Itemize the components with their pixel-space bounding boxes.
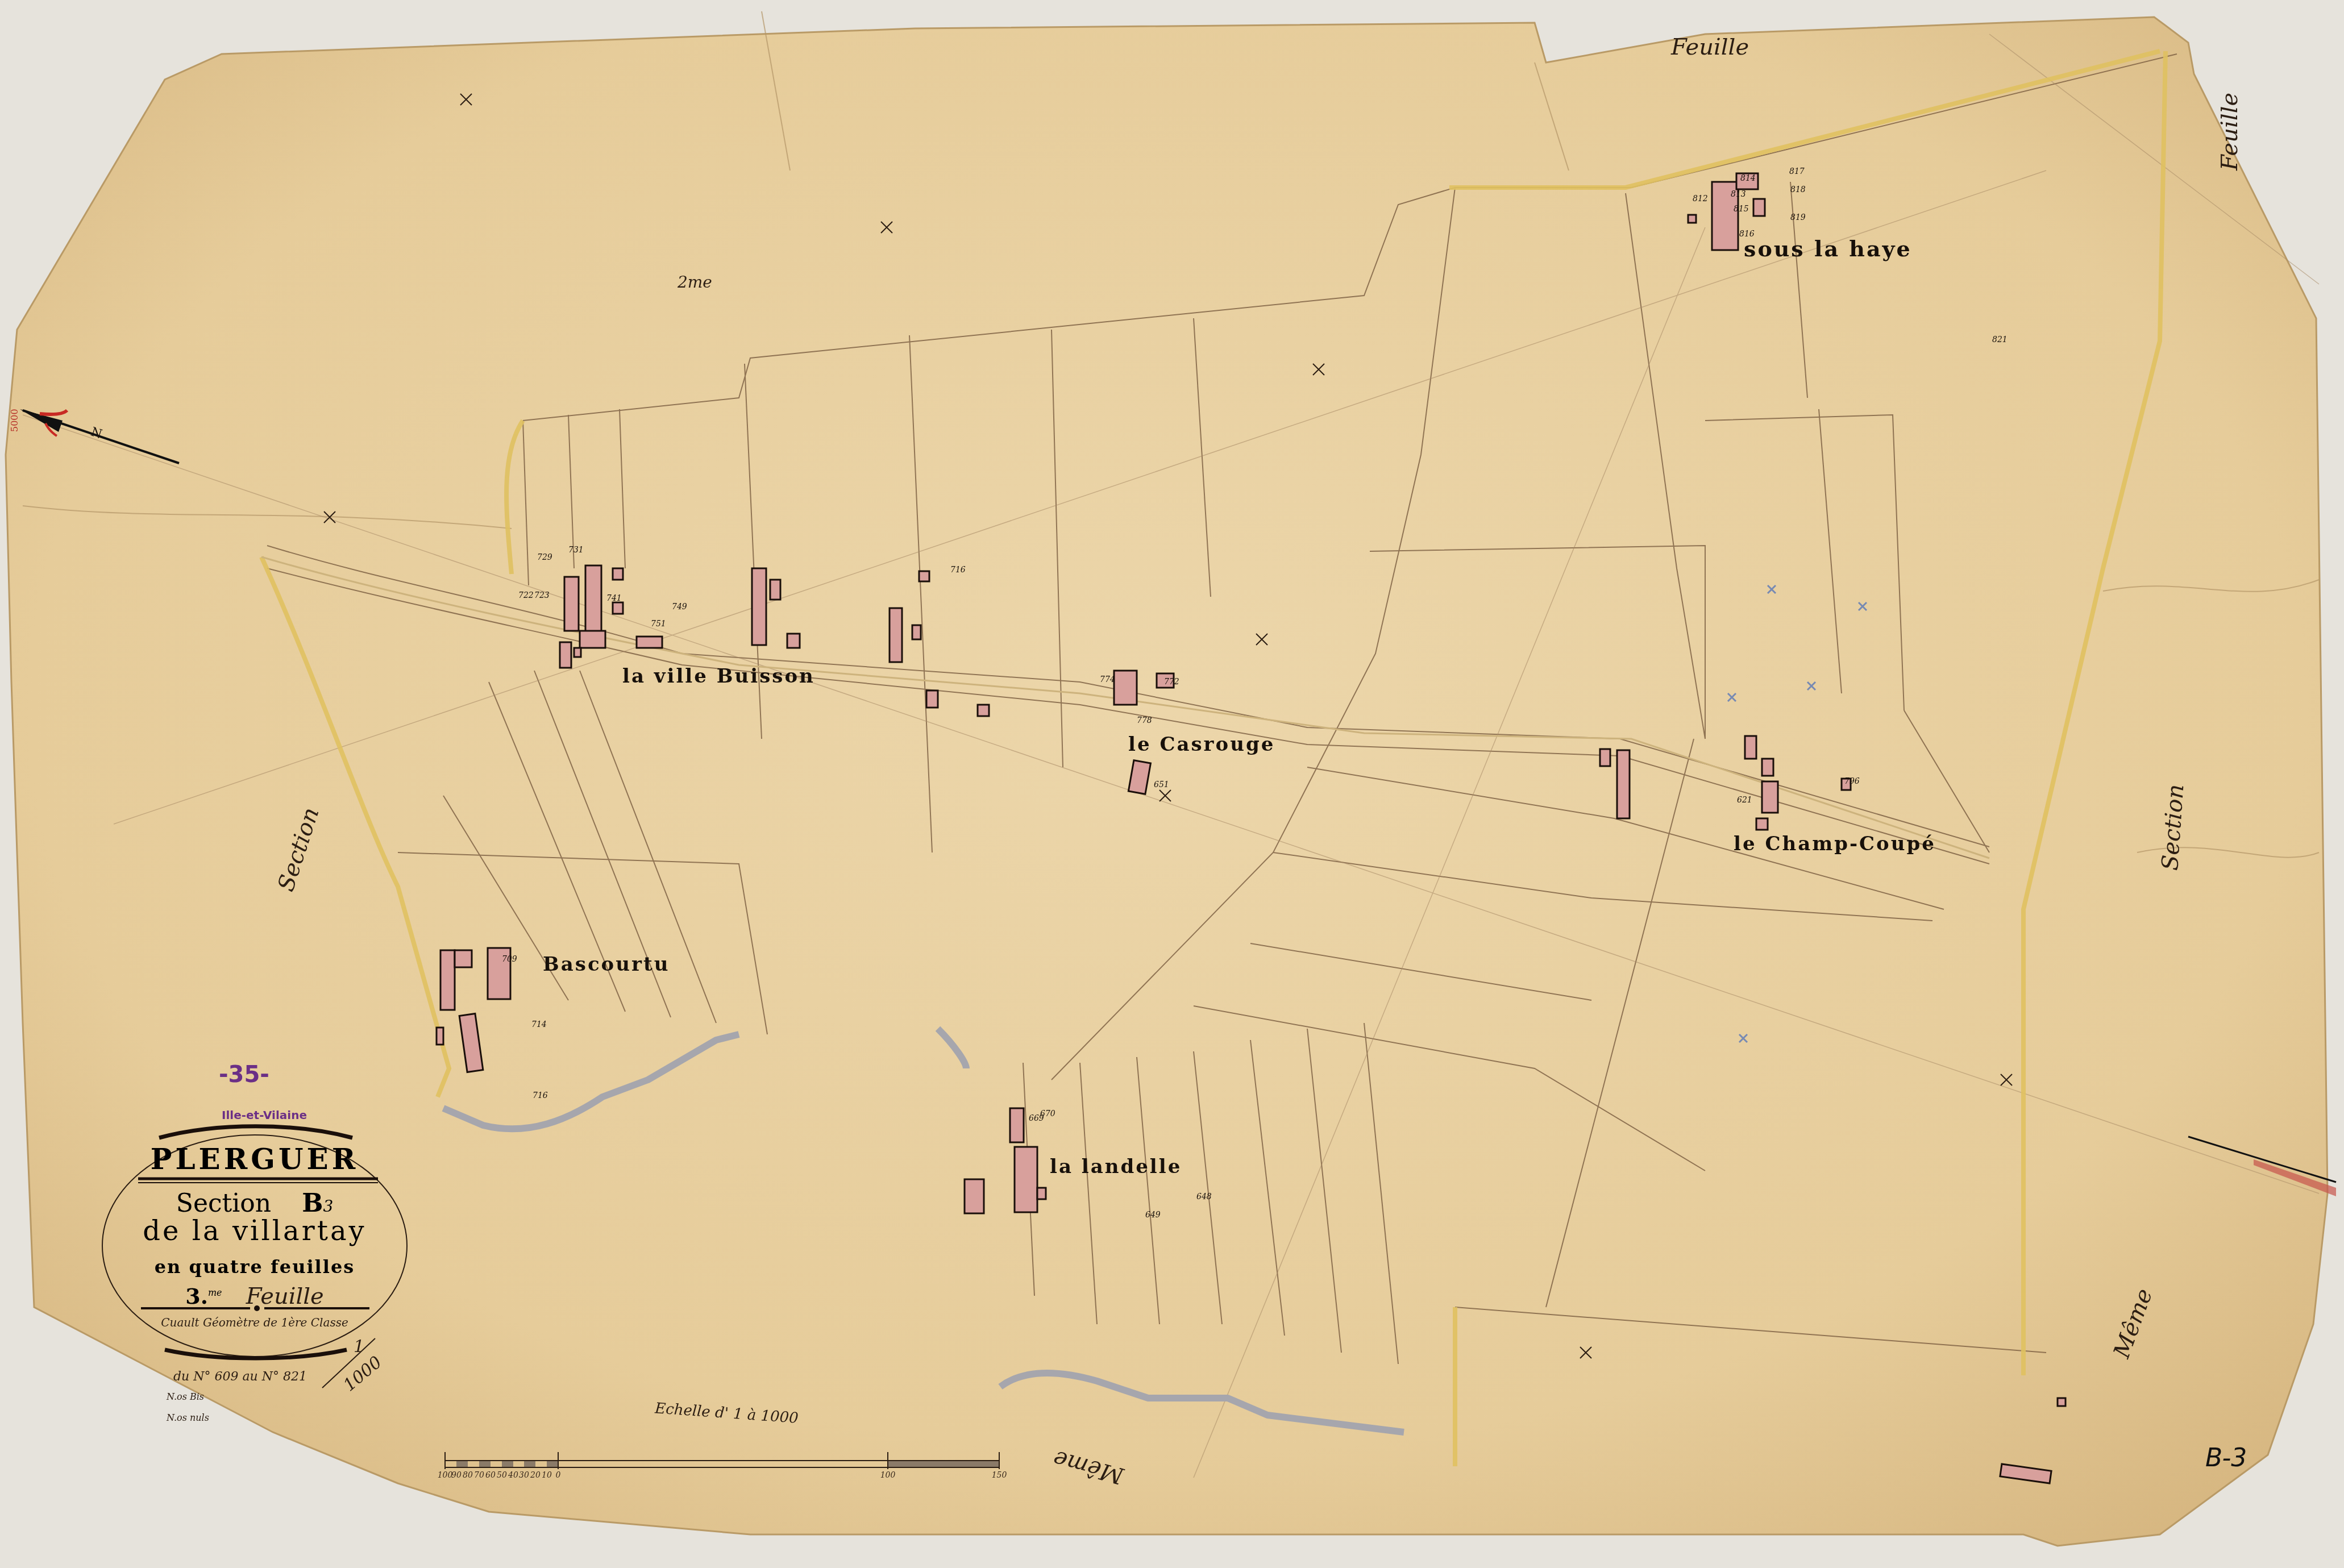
parcel-number: 651 <box>1154 780 1169 789</box>
parcel-number: 821 <box>1992 335 2008 344</box>
parcel-number: 817 <box>1789 167 1805 176</box>
parcel-number: 816 <box>1739 230 1755 239</box>
parcel-number-layer: 812 813 814 815 816 817 818 819 821 722 … <box>0 0 2344 1568</box>
parcel-number: 649 <box>1145 1211 1161 1220</box>
parcel-number: 741 <box>606 594 622 603</box>
parcel-number: 722 <box>518 591 534 600</box>
parcel-number: 774 <box>1100 675 1115 684</box>
parcel-number: 670 <box>1040 1109 1055 1118</box>
parcel-number: 723 <box>534 591 550 600</box>
parcel-number: 813 <box>1731 190 1746 199</box>
parcel-number: 812 <box>1693 194 1708 203</box>
parcel-number: 621 <box>1737 796 1752 805</box>
parcel-number: 778 <box>1137 716 1152 725</box>
parcel-number: 751 <box>651 619 666 629</box>
parcel-number: 796 <box>1844 777 1860 786</box>
parcel-number: 709 <box>502 955 517 964</box>
parcel-number: 814 <box>1740 174 1756 183</box>
parcel-number: 818 <box>1790 185 1806 194</box>
parcel-number: 716 <box>533 1091 548 1100</box>
parcel-number: 729 <box>537 553 552 562</box>
parcel-number: 819 <box>1790 213 1806 222</box>
parcel-number: 815 <box>1734 205 1749 214</box>
parcel-number: 731 <box>568 546 584 555</box>
parcel-number: 749 <box>672 602 687 612</box>
parcel-number: 772 <box>1164 677 1179 687</box>
parcel-number: 714 <box>531 1020 547 1029</box>
parcel-number: 716 <box>950 565 966 575</box>
sheet-reference-label: B-3 <box>2205 1444 2247 1473</box>
parcel-number: 648 <box>1196 1192 1212 1201</box>
